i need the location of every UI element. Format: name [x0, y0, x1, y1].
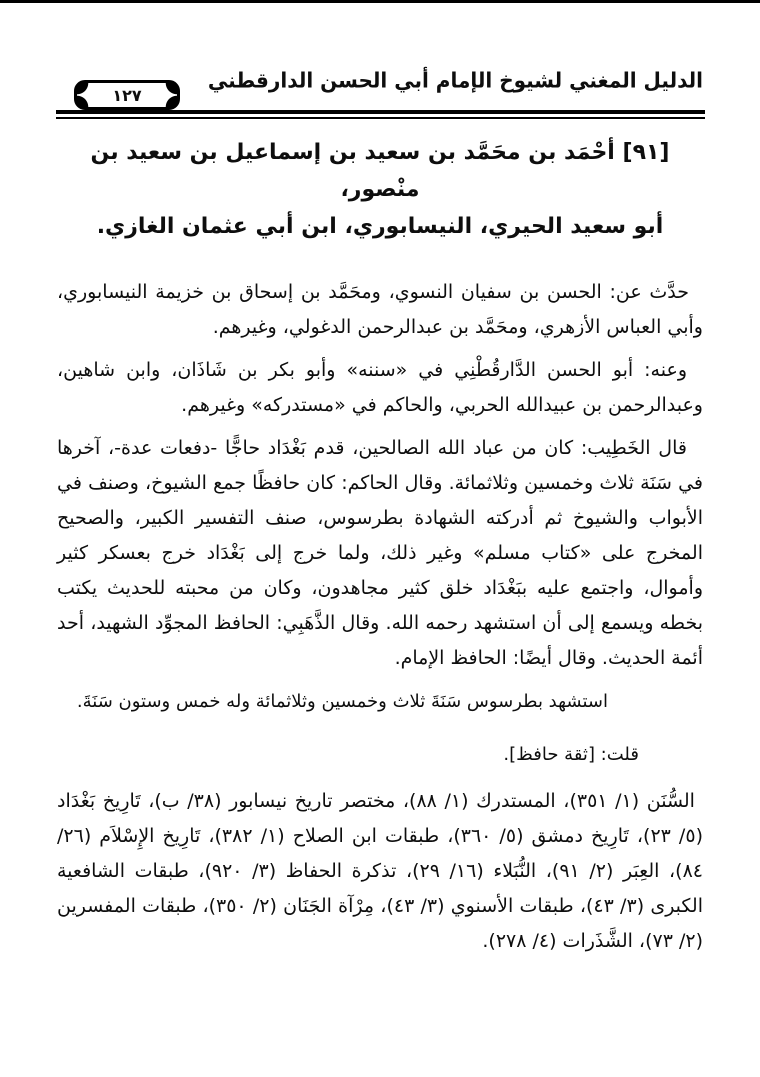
page-number: ١٢٧: [112, 86, 141, 105]
paragraph-narrated-by: وعنه: أبو الحسن الدَّارقُطْنِي في «سننه»…: [57, 353, 703, 423]
paragraph-death-note: استشهد بطرسوس سَنَةَ ثلاث وخمسين وثلاثما…: [57, 684, 703, 719]
top-scan-edge-line: [0, 0, 760, 3]
book-title-header: الدليل المغني لشيوخ الإمام أبي الحسن الد…: [233, 68, 703, 93]
entry-heading: [٩١] أحْمَد بن محَمَّد بن سعيد بن إسماعي…: [57, 134, 703, 245]
entry-heading-line2: أبو سعيد الحيري، النيسابوري، ابن أبي عثم…: [57, 208, 703, 245]
page-content: [٩١] أحْمَد بن محَمَّد بن سعيد بن إسماعي…: [57, 128, 703, 959]
page-number-box: ١٢٧: [74, 80, 180, 110]
entry-heading-line1: [٩١] أحْمَد بن محَمَّد بن سعيد بن إسماعي…: [57, 134, 703, 208]
header-rule-thick: [56, 110, 705, 114]
paragraph-references: السُّنَن (١/ ٣٥١)، المستدرك (١/ ٨٨)، مخت…: [57, 784, 703, 959]
book-page: الدليل المغني لشيوخ الإمام أبي الحسن الد…: [0, 0, 760, 1077]
paragraph-author-verdict: قلت: [ثقة حافظ].: [57, 737, 703, 772]
paragraph-narrated-from: حدَّث عن: الحسن بن سفيان النسوي، ومحَمَّ…: [57, 275, 703, 345]
paragraph-biography: قال الخَطِيب: كان من عباد الله الصالحين،…: [57, 431, 703, 676]
header-rule-thin: [56, 117, 705, 119]
